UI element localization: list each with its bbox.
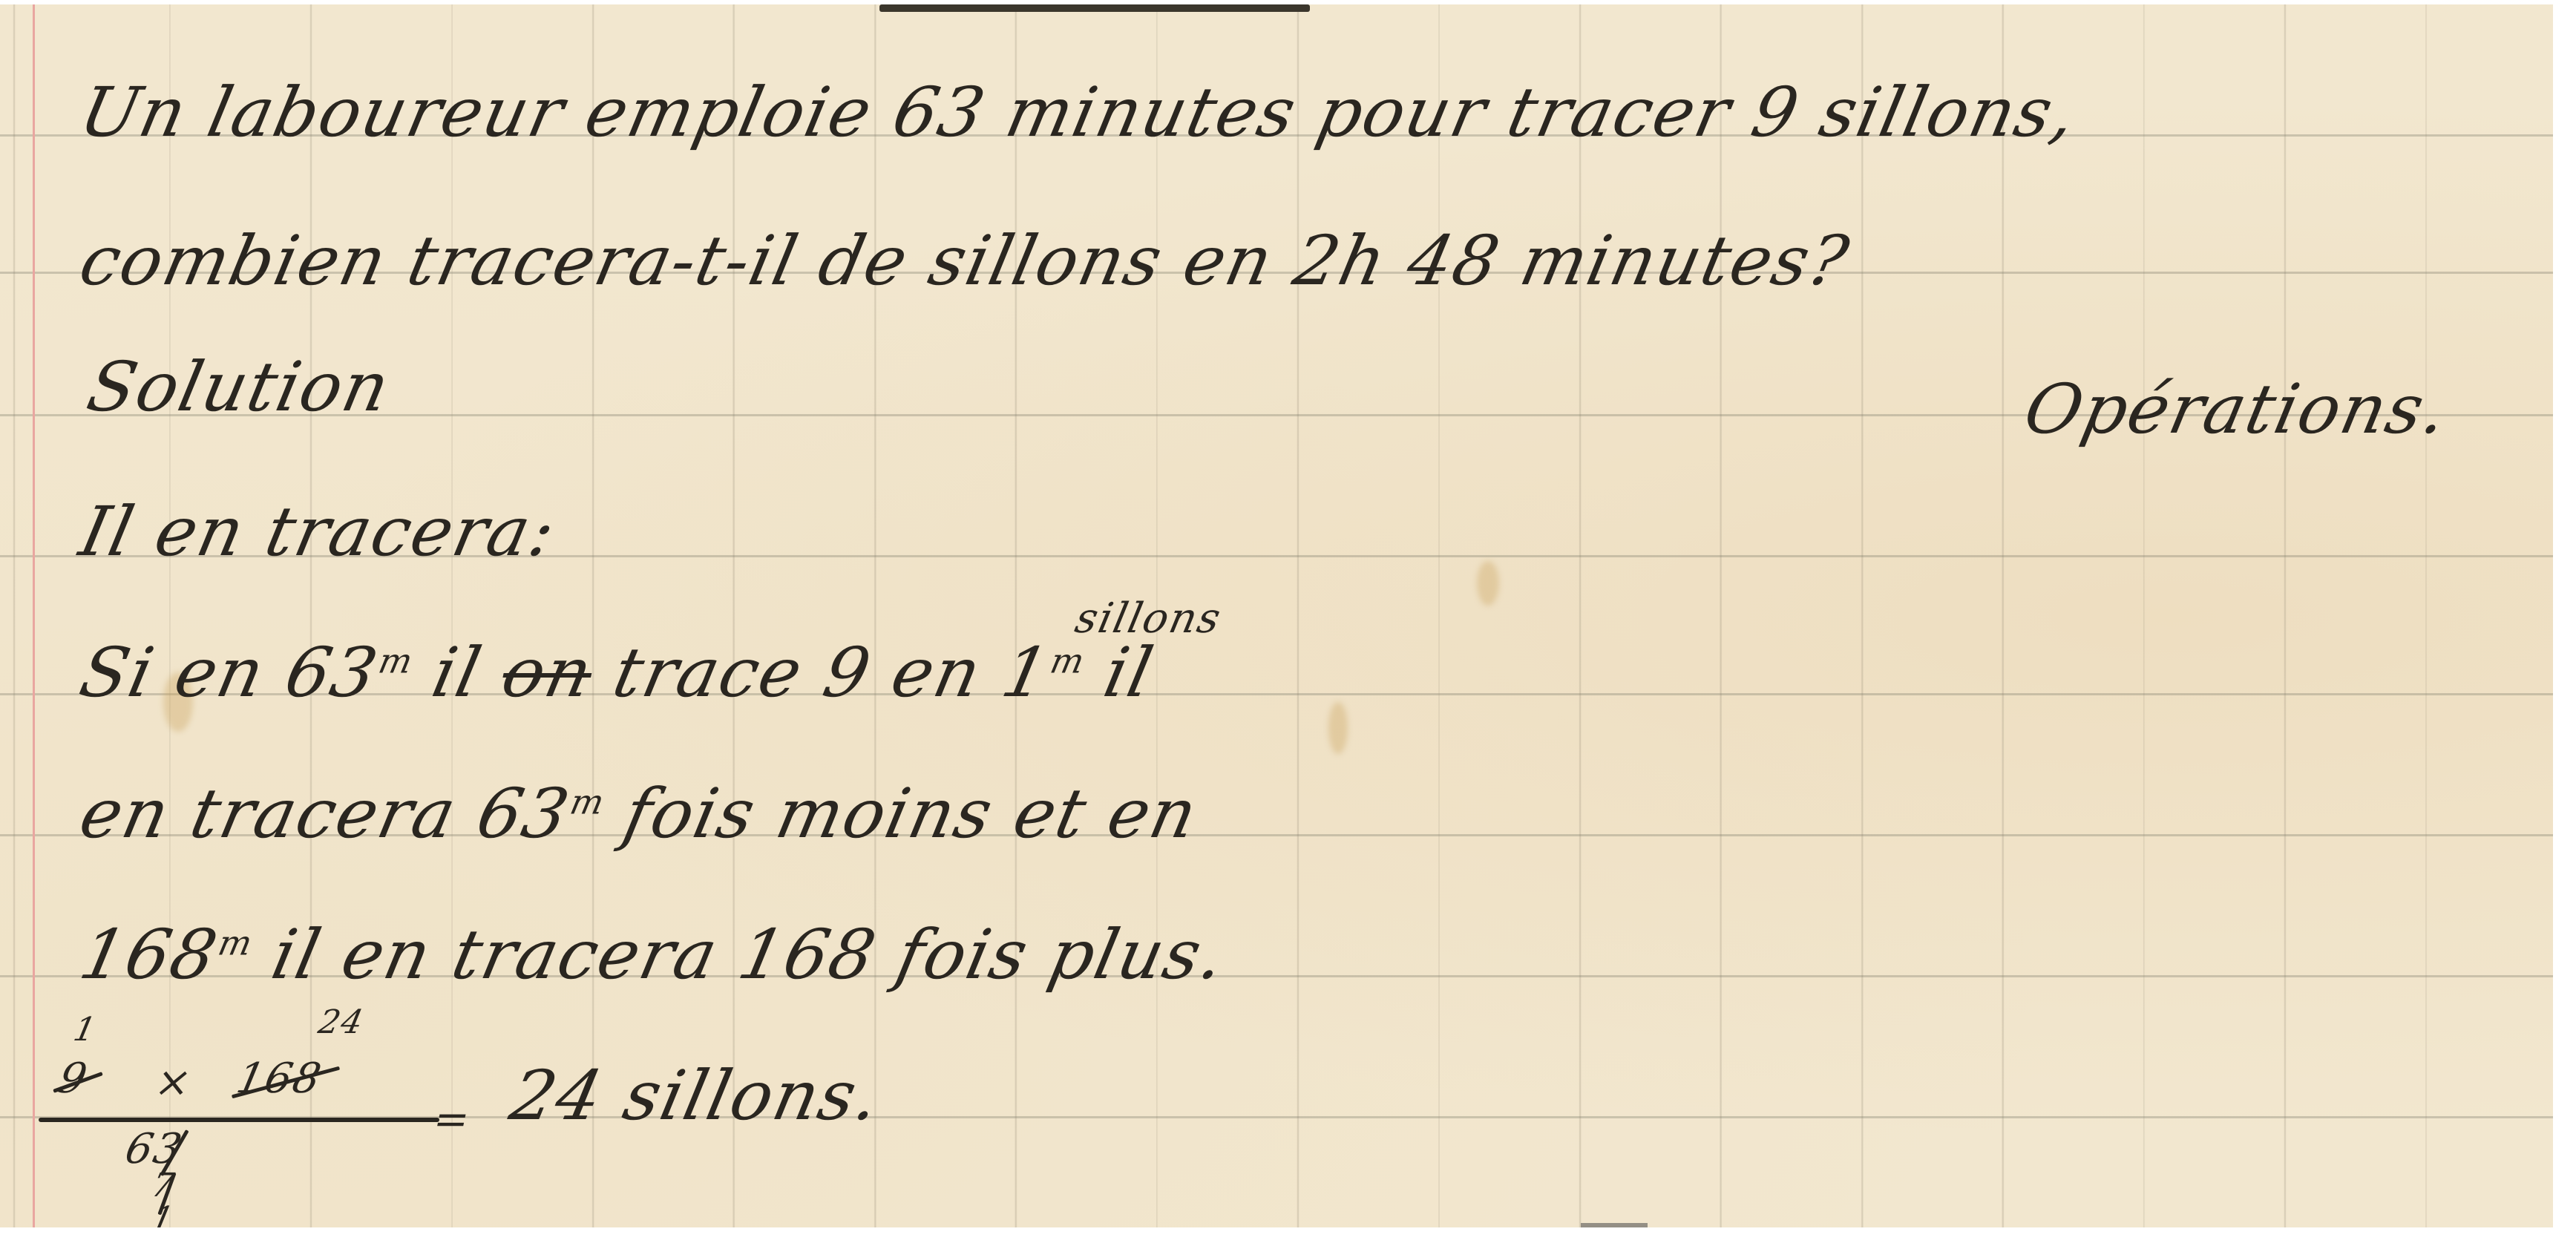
paper-stain bbox=[1477, 561, 1499, 606]
text-fragment: trace 9 bbox=[583, 633, 902, 712]
text-fragment: en tracera 63 bbox=[73, 774, 577, 853]
text-fragment: il en tracera 168 fois plus. bbox=[242, 915, 1233, 994]
solution-line-3: 168m il en tracera 168 fois plus. bbox=[74, 921, 1231, 989]
text-fragment: fois moins et en bbox=[594, 774, 1205, 853]
text-fragment: 168 bbox=[73, 915, 225, 994]
solution-heading: Solution bbox=[82, 353, 396, 422]
solution-intro: Il en tracera: bbox=[74, 498, 562, 566]
solution-line-2: en tracera 63m fois moins et en bbox=[74, 780, 1204, 848]
paper-stain bbox=[1328, 702, 1348, 754]
problem-line-2: combien tracera-t-il de sillons en 2h 48… bbox=[74, 227, 1855, 295]
binding-mark bbox=[879, 4, 1310, 12]
text-fragment: Si en 63 bbox=[73, 633, 385, 712]
text-fragment: en 1 bbox=[885, 633, 1057, 712]
struck-word: on bbox=[495, 633, 600, 712]
grid-vertical-lines bbox=[0, 4, 2553, 1227]
notebook-page: Un laboureur emploie 63 minutes pour tra… bbox=[0, 4, 2553, 1227]
problem-line-1: Un laboureur emploie 63 minutes pour tra… bbox=[74, 79, 2082, 147]
reduced-numerator-b: 24 bbox=[315, 1006, 367, 1039]
text-fragment: il bbox=[402, 633, 512, 712]
calculation-result: 24 sillons. bbox=[505, 1062, 886, 1130]
binding-mark bbox=[1581, 1223, 1648, 1227]
operations-heading: Opérations. bbox=[2019, 376, 2454, 444]
solution-line-1: Si en 63m il on trace 9 en 1m il bbox=[74, 639, 1159, 707]
red-margin-line bbox=[33, 4, 35, 1227]
fraction-bar bbox=[39, 1118, 439, 1122]
